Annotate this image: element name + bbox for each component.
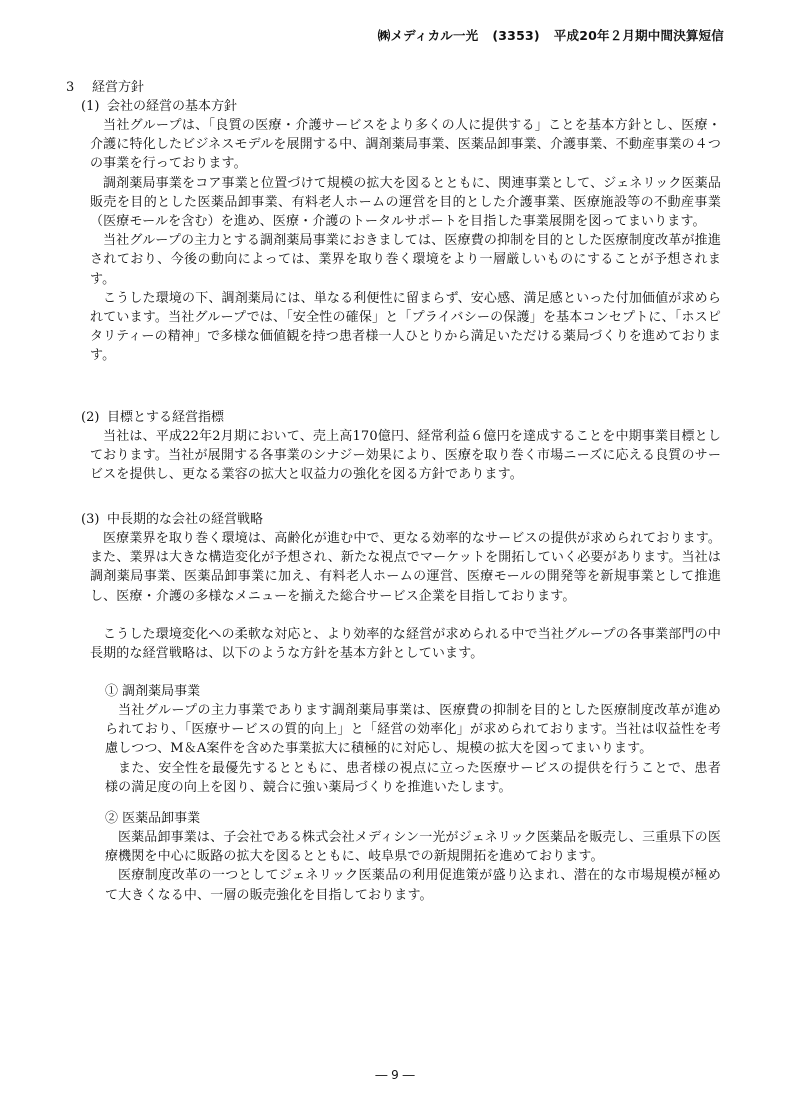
subsection-heading: (2)目標とする経営指標 <box>81 408 721 427</box>
section-title: 経営方針 <box>92 80 144 95</box>
item-heading: ② 医薬品卸事業 <box>105 809 721 828</box>
subsection-heading: (1)会社の経営の基本方針 <box>81 97 721 116</box>
subsection-mid-long-strategy: (3)中長期的な会社の経営戦略 医療業界を取り巻く環境は、高齢化が進む中で、更な… <box>81 510 721 663</box>
item-title: 調剤薬局事業 <box>122 684 200 699</box>
company-name: ㈱メディカル一光 <box>378 28 479 43</box>
subsection-title: 会社の経営の基本方針 <box>107 99 237 114</box>
item-number: ② <box>105 811 118 826</box>
page-header: ㈱メディカル一光(3353)平成20年２月期中間決算短信 <box>378 26 724 44</box>
subsection-target-indicators: (2)目標とする経営指標 当社は、平成22年2月期において、売上高170億円、経… <box>81 408 721 485</box>
paragraph: 当社グループの主力事業であります調剤薬局事業は、医療費の抑制を目的とした医療制度… <box>105 701 721 759</box>
paragraph: こうした環境変化への柔軟な対応と、より効率的な経営が求められる中で当社グループの… <box>81 625 721 663</box>
item-heading: ① 調剤薬局事業 <box>105 682 721 701</box>
strategy-item-wholesale: ② 医薬品卸事業 医薬品卸事業は、子会社である株式会社メディシン一光がジェネリッ… <box>105 809 721 905</box>
paragraph: また、安全性を最優先するとともに、患者様の視点に立った医療サービスの提供を行うこ… <box>105 759 721 797</box>
paragraph: 医療業界を取り巻く環境は、高齢化が進む中で、更なる効率的なサービスの提供が求めら… <box>81 529 721 606</box>
section-heading: 3経営方針 <box>66 76 144 95</box>
paragraph: 調剤薬局事業をコア事業と位置づけて規模の拡大を図るとともに、関連事業として、ジェ… <box>81 174 721 232</box>
report-title: 平成20年２月期中間決算短信 <box>554 28 724 43</box>
section-number: 3 <box>66 80 92 95</box>
subsection-title: 目標とする経営指標 <box>107 410 224 425</box>
item-title: 医薬品卸事業 <box>122 811 200 826</box>
strategy-item-dispensing-pharmacy: ① 調剤薬局事業 当社グループの主力事業であります調剤薬局事業は、医療費の抑制を… <box>105 682 721 797</box>
paragraph: 医療制度改革の一つとしてジェネリック医薬品の利用促進策が盛り込まれ、潜在的な市場… <box>105 866 721 904</box>
paragraph: 当社グループは、「良質の医療・介護サービスをより多くの人に提供する」ことを基本方… <box>81 116 721 174</box>
subsection-number: (2) <box>81 408 107 427</box>
subsection-number: (3) <box>81 510 107 529</box>
page-number: ― 9 ― <box>0 1068 790 1082</box>
item-number: ① <box>105 684 118 699</box>
subsection-number: (1) <box>81 97 107 116</box>
stock-code: (3353) <box>492 28 539 43</box>
subsection-title: 中長期的な会社の経営戦略 <box>107 512 263 527</box>
paragraph: こうした環境の下、調剤薬局には、単なる利便性に留まらず、安心感、満足感といった付… <box>81 289 721 366</box>
paragraph: 当社は、平成22年2月期において、売上高170億円、経常利益６億円を達成すること… <box>81 427 721 485</box>
subsection-basic-policy: (1)会社の経営の基本方針 当社グループは、「良質の医療・介護サービスをより多く… <box>81 97 721 366</box>
paragraph: 医薬品卸事業は、子会社である株式会社メディシン一光がジェネリック医薬品を販売し、… <box>105 828 721 866</box>
paragraph: 当社グループの主力とする調剤薬局事業におきましては、医療費の抑制を目的とした医療… <box>81 231 721 289</box>
subsection-heading: (3)中長期的な会社の経営戦略 <box>81 510 721 529</box>
